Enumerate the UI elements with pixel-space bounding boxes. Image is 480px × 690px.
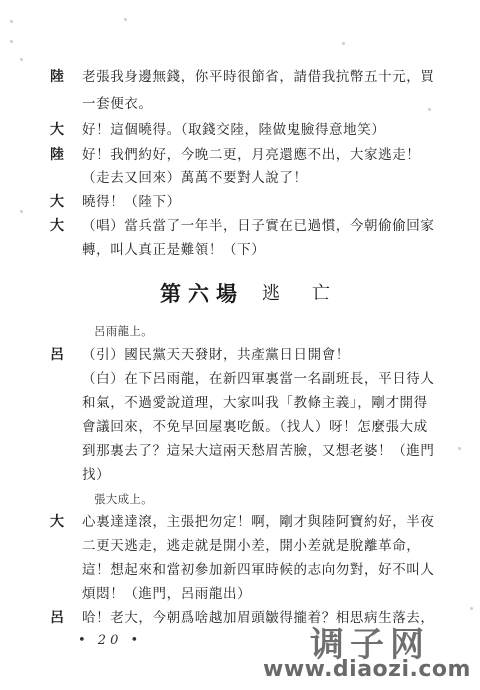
- dialogue-line: 一套便衣。: [0, 93, 480, 115]
- scene-title: 第六場 逃 亡: [0, 278, 480, 310]
- document-page: 陸 老張我身邊無錢，你平時很節省，請借我抗幣五十元，買 一套便衣。 大 好！這個…: [0, 0, 480, 690]
- page-number: • 20 •: [78, 633, 142, 648]
- dialogue-line: （走去又回來）萬萬不要對人說了！: [0, 167, 480, 189]
- dialogue-text: 心裏達達滾，主張把勿定！啊，剛才與陸阿寶約好，半夜: [82, 511, 435, 533]
- speaker-label: 大: [50, 215, 70, 237]
- scan-speck: [10, 40, 13, 43]
- dialogue-line: 二更天逃走，逃走就是開小差，開小差就是脫離革命，: [0, 535, 480, 557]
- scan-speck: [428, 108, 431, 111]
- dialogue-text: 一套便衣。: [82, 93, 153, 115]
- dialogue-line: 這！想起來和當初參加新四軍時候的志向勿對，好不叫人: [0, 559, 480, 581]
- dialogue-line: 大 曉得！（陸下）: [0, 191, 480, 213]
- dialogue-line: 呂 （引）國民黨天天發財，共產黨日日開會！: [0, 344, 480, 366]
- dialogue-text: 找）: [82, 464, 110, 486]
- stage-direction-text: 張大成上。: [94, 488, 153, 510]
- dialogue-line: 大 好！這個曉得。（取錢交陸，陸做鬼臉得意地笑）: [0, 119, 480, 141]
- dialogue-text: 這！想起來和當初參加新四軍時候的志向勿對，好不叫人: [82, 559, 435, 581]
- dialogue-text: 到那裏去了？這呆大這兩天愁眉苦臉，又想老婆！（進門: [82, 440, 435, 462]
- scan-speck: [124, 18, 127, 21]
- speaker-label: 陸: [50, 66, 70, 88]
- scan-speck: [458, 447, 461, 450]
- dialogue-text: （走去又回來）萬萬不要對人說了！: [82, 167, 308, 189]
- scene-name-char-1: 逃: [262, 278, 280, 310]
- watermark-url: www.diaozi.com: [263, 657, 471, 682]
- dialogue-text: 和氣，不過愛說道理，大家叫我「教條主義」，剛才開得: [82, 392, 428, 414]
- speaker-label: 大: [50, 191, 70, 213]
- scan-speck: [20, 210, 23, 213]
- scene-number: 第六場: [160, 278, 244, 310]
- speaker-label: 陸: [50, 144, 70, 166]
- dialogue-text: 曉得！（陸下）: [82, 191, 181, 213]
- scene-name-char-2: 亡: [312, 278, 330, 310]
- dialogue-line: 陸 老張我身邊無錢，你平時很節省，請借我抗幣五十元，買: [0, 66, 480, 88]
- speaker-label: 呂: [50, 344, 70, 366]
- dialogue-line: 陸 好！我們約好，今晚二更，月亮還應不出，大家逃走！: [0, 144, 480, 166]
- scan-speck: [342, 42, 345, 45]
- dialogue-line: 煩悶！（進門，呂雨龍出）: [0, 583, 480, 605]
- dialogue-line: 和氣，不過愛說道理，大家叫我「教條主義」，剛才開得: [0, 392, 480, 414]
- scan-speck: [470, 607, 473, 610]
- speaker-label: 大: [50, 511, 70, 533]
- dialogue-line: （白）在下呂雨龍，在新四軍裏當一名副班長，平日待人: [0, 368, 480, 390]
- stage-direction-text: 呂雨龍上。: [94, 320, 153, 342]
- stage-direction: 呂雨龍上。: [0, 320, 480, 342]
- dialogue-text: 好！我們約好，今晚二更，月亮還應不出，大家逃走！: [82, 144, 420, 166]
- scan-speck: [10, 20, 13, 23]
- dialogue-line: 到那裏去了？這呆大這兩天愁眉苦臉，又想老婆！（進門: [0, 440, 480, 462]
- dialogue-text: 轉，叫人真正是難領！（下）: [82, 239, 265, 261]
- dialogue-text: 會議回來，不免早回屋裏吃飯。（找人）呀！怎麼張大成: [82, 416, 428, 438]
- dialogue-text: 老張我身邊無錢，你平時很節省，請借我抗幣五十元，買: [82, 66, 435, 88]
- dialogue-line: 大 心裏達達滾，主張把勿定！啊，剛才與陸阿寶約好，半夜: [0, 511, 480, 533]
- speaker-label: 大: [50, 119, 70, 141]
- dialogue-text: （唱）當兵當了一年半，日子實在已過慣，今朝偷偷回家: [82, 215, 435, 237]
- dialogue-text: 煩悶！（進門，呂雨龍出）: [82, 583, 251, 605]
- dialogue-line: 大 （唱）當兵當了一年半，日子實在已過慣，今朝偷偷回家: [0, 215, 480, 237]
- dialogue-line: 轉，叫人真正是難領！（下）: [0, 239, 480, 261]
- dialogue-text: 二更天逃走，逃走就是開小差，開小差就是脫離革命，: [82, 535, 420, 557]
- stage-direction: 張大成上。: [0, 488, 480, 510]
- speaker-label: 呂: [50, 607, 70, 629]
- dialogue-text: （白）在下呂雨龍，在新四軍裏當一名副班長，平日待人: [82, 368, 435, 390]
- scan-speck: [20, 58, 23, 61]
- dialogue-line: 找）: [0, 464, 480, 486]
- dialogue-text: （引）國民黨天天發財，共產黨日日開會！: [82, 344, 350, 366]
- dialogue-line: 會議回來，不免早回屋裏吃飯。（找人）呀！怎麼張大成: [0, 416, 480, 438]
- dialogue-text: 好！這個曉得。（取錢交陸，陸做鬼臉得意地笑）: [82, 119, 385, 141]
